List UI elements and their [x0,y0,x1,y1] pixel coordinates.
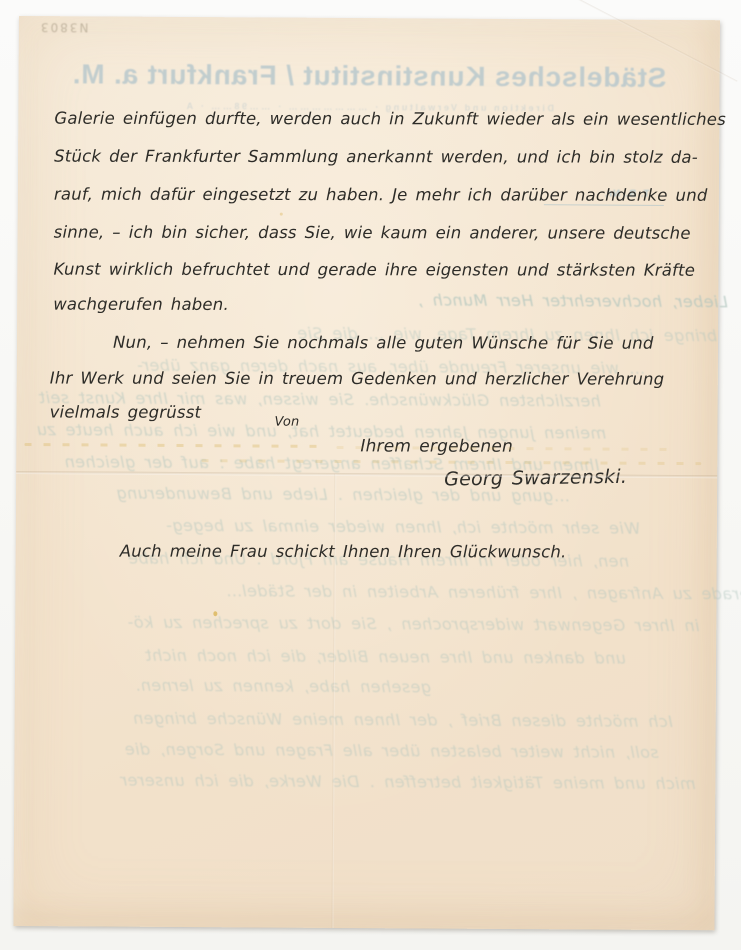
handwriting-line: Stück der Frankfurter Sammlung anerkannt… [54,149,698,167]
signature: Georg Swarzenski. [444,468,627,490]
bleedthrough-line: Lieber, hochverehrter Herr Munch , [417,292,728,310]
handwriting-line: rauf, mich dafür eingesetzt zu haben. Je… [54,187,708,205]
archive-number-pencil-mark: N3803 [39,20,89,34]
paper-stain-speck [280,213,283,216]
paper-stain-speck [213,611,217,616]
closing-von: Von [275,416,300,429]
bleedthrough-line: gesehen habe, kennen zu lernen. [135,678,431,696]
handwriting-line: Ihr Werk und seien Sie in treuem Gedenke… [50,371,665,389]
letterhead-bleedthrough-title: Städelsches Kunstinstitut / Frankfurt a.… [19,60,720,92]
tape-residue-strip [24,443,324,448]
handwriting-line: Nun, – nehmen Sie nochmals alle guten Wü… [113,335,654,352]
bleedthrough-line: Ich möchte diesen Brief , der Ihnen mein… [133,711,673,730]
handwriting-line: wachgerufen haben. [53,297,229,314]
bleedthrough-line: gerade zu Anfragen , Ihre früheren Arbei… [225,583,741,602]
bleedthrough-line: und danken und Ihre neuen Bilder, die ic… [145,648,626,667]
letter-page: N3803 Städelsches Kunstinstitut / Frankf… [13,16,720,930]
handwriting-line: sinne, – ich bin sicher, dass Sie, wie k… [54,225,691,243]
bleedthrough-line: meinen jungen Jahren bedeutet hat, und w… [36,422,606,441]
bleedthrough-line: soll, nicht weiter belasten über alle Fr… [124,742,658,761]
postscript-line: Auch meine Frau schickt Ihnen Ihren Glüc… [120,544,567,561]
bleedthrough-line: in Ihrer Gegenwart widersprochen , Sie d… [127,615,699,634]
handwriting-line: Galerie einfügen durfte, werden auch in … [54,111,726,129]
handwriting-line: vielmals gegrüsst [50,405,202,422]
bleedthrough-line: Wie sehr möchte ich, Ihnen wieder einmal… [166,518,640,537]
handwriting-line: Kunst wirklich befruchtet und gerade ihr… [53,262,695,280]
bleedthrough-line: mich und meine Tätigkeit betreffen . Die… [120,773,695,793]
